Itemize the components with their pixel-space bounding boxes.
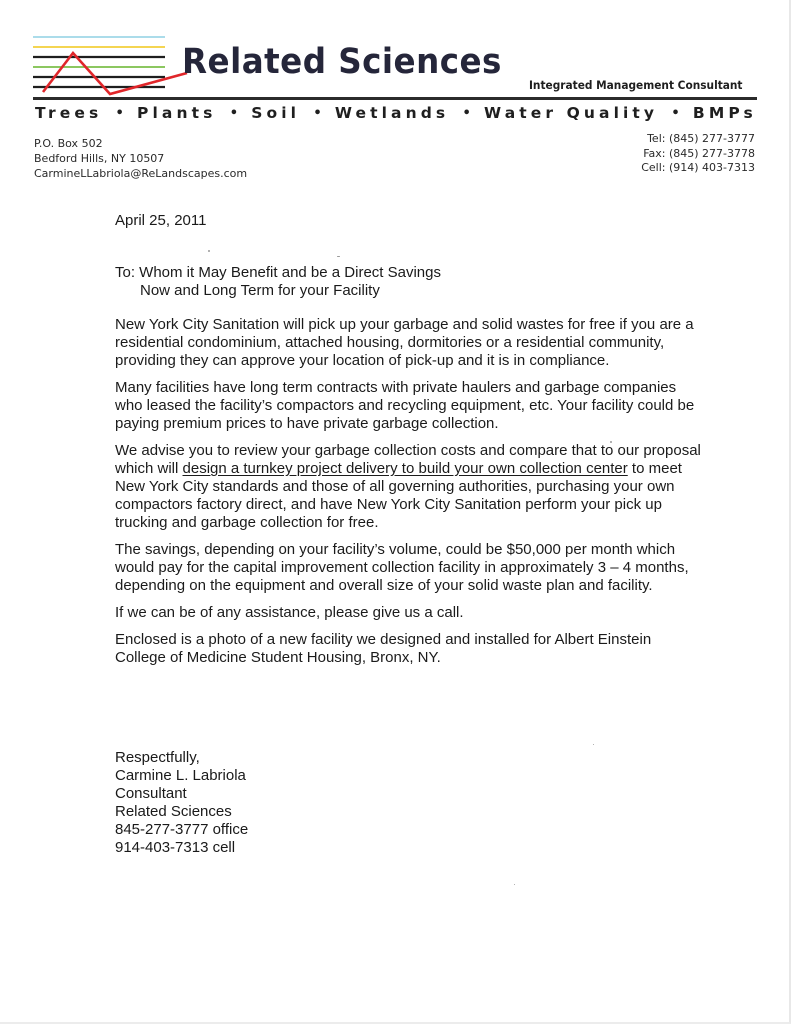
paragraph-proposal: We advise you to review your garbage col… [115,442,705,532]
letter-body: New York City Sanitation will pick up yo… [115,316,705,676]
scan-speck [337,256,340,257]
paragraph-assistance: If we can be of any assistance, please g… [115,604,705,622]
scan-speck [514,884,515,885]
tagline-item: Soil [251,104,300,122]
po-box: P.O. Box 502 [34,136,247,151]
scan-speck [593,744,594,745]
tagline-separator: • [463,106,471,121]
recipient-line-1: To: Whom it May Benefit and be a Direct … [115,264,441,282]
signer-company: Related Sciences [115,803,248,821]
logo-lines-icon [0,0,200,100]
signer-title: Consultant [115,785,248,803]
paragraph-savings: The savings, depending on your facility’… [115,541,705,595]
brand-title: Related Sciences [182,42,502,82]
scan-speck [610,441,612,443]
tagline-separator: • [116,106,124,121]
recipient-block: To: Whom it May Benefit and be a Direct … [115,264,441,300]
tagline-separator: • [313,106,321,121]
tagline-item: BMPs [693,104,757,122]
tagline-separator: • [671,106,679,121]
mailing-address: P.O. Box 502 Bedford Hills, NY 10507 Car… [34,136,247,181]
signer-cell-phone: 914-403-7313 cell [115,839,248,857]
paragraph-free-pickup: New York City Sanitation will pick up yo… [115,316,705,370]
letterhead-rule [33,97,757,100]
closing: Respectfully, [115,749,248,767]
tagline-item: Wetlands [335,104,449,122]
fax-number: Fax: (845) 277-3778 [641,147,755,162]
recipient-line-2: Now and Long Term for your Facility [115,282,441,300]
tagline-item: Trees [35,104,102,122]
tagline-item: Plants [137,104,216,122]
signer-name: Carmine L. Labriola [115,767,248,785]
brand-subtitle: Integrated Management Consultant [529,78,742,92]
proposal-underlined-text: design a turnkey project delivery to bui… [183,460,628,477]
letter-date: April 25, 2011 [115,212,206,229]
signature-block: Respectfully, Carmine L. Labriola Consul… [115,749,248,857]
letterhead-tagline: Trees•Plants•Soil•Wetlands•Water Quality… [35,104,757,122]
city-state-zip: Bedford Hills, NY 10507 [34,151,247,166]
email-address: CarmineLLabriola@ReLandscapes.com [34,166,247,181]
tagline-separator: • [230,106,238,121]
paragraph-private-haulers: Many facilities have long term contracts… [115,379,705,433]
cell-number: Cell: (914) 403-7313 [641,161,755,176]
tel-number: Tel: (845) 277-3777 [641,132,755,147]
tagline-item: Water Quality [484,104,658,122]
scan-speck [208,250,210,252]
signer-office-phone: 845-277-3777 office [115,821,248,839]
paragraph-enclosed-photo: Enclosed is a photo of a new facility we… [115,631,705,667]
phone-numbers: Tel: (845) 277-3777 Fax: (845) 277-3778 … [641,132,755,176]
